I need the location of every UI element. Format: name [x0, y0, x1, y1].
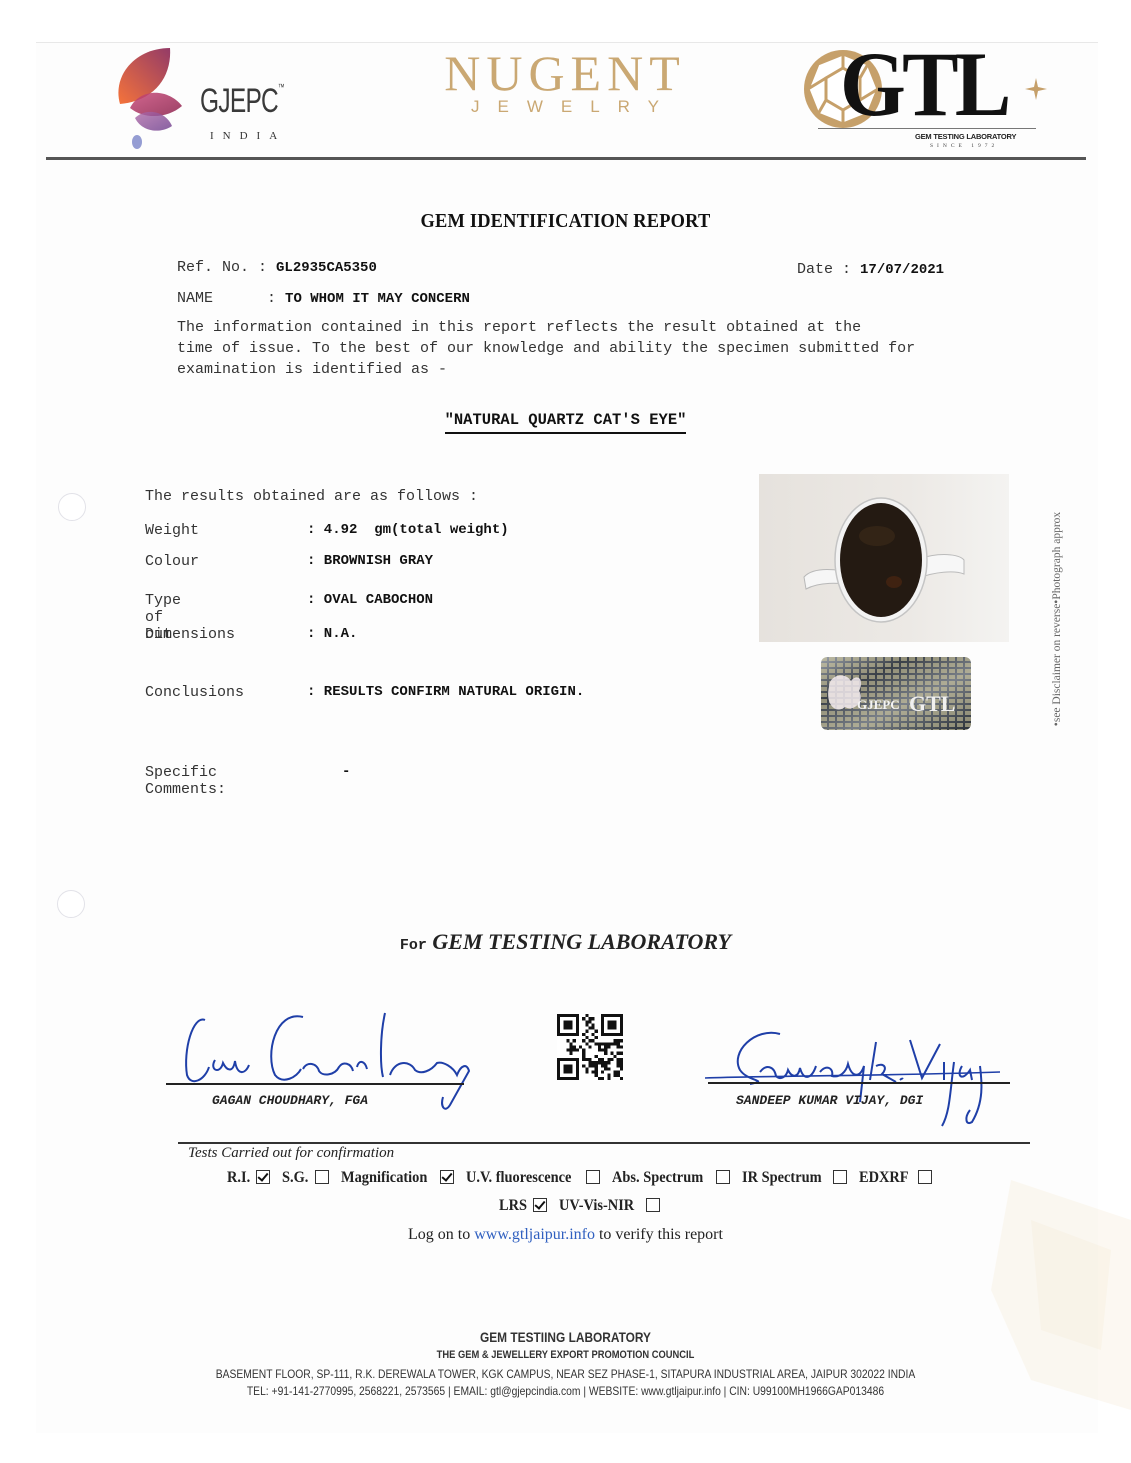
signatory-lab: For GEM TESTING LABORATORY	[0, 929, 1131, 955]
test-checkbox[interactable]	[440, 1170, 454, 1184]
svg-text:GJEPC: GJEPC	[857, 697, 900, 712]
test-s-g: S.G.	[282, 1169, 328, 1187]
verify-website-link[interactable]: www.gtljaipur.info	[474, 1226, 595, 1243]
footer-lab-name: GEM TESTIING LABORATORY	[85, 1329, 1046, 1345]
qr-code-icon[interactable]	[556, 1014, 624, 1080]
recipient-name: NAME : TO WHOM IT MAY CONCERN	[177, 290, 470, 307]
gjepc-sub-text: INDIA	[210, 130, 286, 142]
verify-suffix: to verify this report	[599, 1226, 723, 1243]
comments-value: -	[342, 764, 350, 780]
footer-contact: TEL: +91-141-2770995, 2568221, 2573565 |…	[79, 1384, 1052, 1398]
gtl-logo-subtitle: GEM TESTING LABORATORY	[915, 132, 1016, 141]
verify-instructions: Log on to www.gtljaipur.info to verify t…	[0, 1226, 1131, 1244]
intro-line: examination is identified as -	[177, 359, 1057, 380]
sparkle-icon	[1025, 78, 1047, 100]
test-checkbox[interactable]	[646, 1198, 660, 1212]
test-checkbox[interactable]	[256, 1170, 270, 1184]
gjepc-logo-text: GJEPC™	[200, 82, 284, 121]
result-value: : OVAL CABOCHON	[307, 592, 433, 608]
identification-result: "NATURAL QUARTZ CAT'S EYE"	[0, 411, 1131, 429]
report-title: GEM IDENTIFICATION REPORT	[45, 210, 1086, 233]
test-label: UV-Vis-NIR	[559, 1197, 634, 1215]
footer-council: THE GEM & JEWELLERY EXPORT PROMOTION COU…	[85, 1349, 1046, 1361]
footer-address: BASEMENT FLOOR, SP-111, R.K. DEREWALA TO…	[79, 1367, 1052, 1381]
signatory-left-name: GAGAN CHOUDHARY, FGA	[212, 1093, 368, 1108]
gemstone-photo	[759, 474, 1009, 642]
test-label: S.G.	[282, 1169, 308, 1187]
reference-number-value: GL2935CA5350	[276, 260, 377, 276]
intro-line: The information contained in this report…	[177, 317, 1057, 338]
test-checkbox[interactable]	[716, 1170, 730, 1184]
hologram-gtl-text: GTL	[909, 691, 955, 716]
gtl-logo-text: GTL	[840, 38, 1008, 130]
photo-disclaimer-note: •see Disclaimer on reverse•Photograph ap…	[1047, 488, 1061, 758]
test-label: IR Spectrum	[742, 1169, 822, 1187]
hologram-icon: GJEPC GTL	[821, 657, 971, 730]
ring-image-icon	[759, 474, 1009, 642]
test-u-v-fluorescence: U.V. fluorescence	[466, 1169, 600, 1187]
result-value: : N.A.	[307, 626, 357, 642]
signature-line-left	[166, 1083, 464, 1085]
test-edxrf: EDXRF	[859, 1169, 931, 1187]
test-abs-spectrum: Abs. Spectrum	[612, 1169, 730, 1187]
test-uv-vis-nir: UV-Vis-NIR	[559, 1197, 660, 1215]
signature-sandeep-icon	[700, 1022, 1010, 1132]
result-value: : RESULTS CONFIRM NATURAL ORIGIN.	[307, 684, 584, 700]
report-date-value: 17/07/2021	[860, 262, 944, 278]
verify-prefix: Log on to	[408, 1226, 470, 1243]
signature-line-right	[708, 1082, 1010, 1084]
punch-hole	[58, 493, 86, 521]
test-label: Abs. Spectrum	[612, 1169, 703, 1187]
test-checkbox[interactable]	[586, 1170, 600, 1184]
result-label: Dimensions	[145, 626, 235, 643]
results-heading: The results obtained are as follows :	[145, 488, 478, 505]
security-hologram: GJEPC GTL	[821, 657, 971, 730]
tests-divider	[178, 1142, 1030, 1144]
gtl-logo-rule	[818, 128, 1036, 129]
punch-hole	[57, 890, 85, 918]
recipient-name-value: TO WHOM IT MAY CONCERN	[285, 291, 470, 307]
tests-row-1: R.I.S.G.MagnificationU.V. fluorescenceAb…	[0, 1169, 1131, 1187]
header-divider	[46, 157, 1086, 160]
result-label: Colour	[145, 553, 199, 570]
test-label: Magnification	[341, 1169, 427, 1187]
test-checkbox[interactable]	[533, 1198, 547, 1212]
test-checkbox[interactable]	[833, 1170, 847, 1184]
test-label: LRS	[499, 1197, 527, 1215]
test-checkbox[interactable]	[918, 1170, 932, 1184]
test-magnification: Magnification	[341, 1169, 454, 1187]
tests-row-2: LRSUV-Vis-NIR	[0, 1197, 1131, 1215]
identified-stone: "NATURAL QUARTZ CAT'S EYE"	[445, 411, 687, 434]
gtl-logo-since: SINCE 1972	[930, 143, 998, 149]
tests-title: Tests Carried out for confirmation	[188, 1145, 394, 1162]
gjepc-butterfly-logo-icon	[110, 46, 190, 151]
report-paper	[36, 42, 1098, 1433]
report-date: Date : 17/07/2021	[797, 261, 944, 278]
result-value: : BROWNISH GRAY	[307, 553, 433, 569]
result-label: Weight	[145, 522, 199, 539]
test-r-i: R.I.	[227, 1169, 270, 1187]
result-value: : 4.92 gm(total weight)	[307, 522, 509, 538]
test-ir-spectrum: IR Spectrum	[742, 1169, 847, 1187]
test-checkbox[interactable]	[315, 1170, 329, 1184]
report-intro: The information contained in this report…	[177, 317, 1057, 380]
intro-line: time of issue. To the best of our knowle…	[177, 338, 1057, 359]
test-lrs: LRS	[499, 1197, 547, 1215]
comments-label: Specific Comments:	[145, 764, 226, 798]
brand-subtitle: JEWELRY	[410, 97, 720, 117]
test-label: U.V. fluorescence	[466, 1169, 571, 1187]
reference-number: Ref. No. : GL2935CA5350	[177, 259, 377, 276]
test-label: R.I.	[227, 1169, 250, 1187]
result-label: Conclusions	[145, 684, 244, 701]
brand-title: NUGENT	[410, 48, 720, 98]
test-label: EDXRF	[859, 1169, 909, 1187]
signatory-right-name: SANDEEP KUMAR VIJAY, DGI	[736, 1093, 923, 1108]
